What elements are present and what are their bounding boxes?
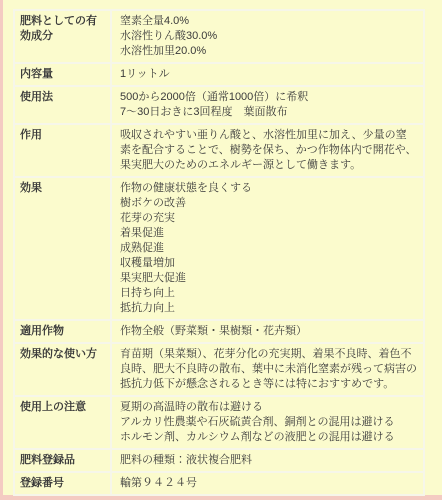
spec-value: 輸第９４２４号 bbox=[111, 472, 424, 495]
spec-row-active-ingredients: 肥料としての有効成分 窒素全量4.0% 水溶性りん酸30.0% 水溶性加里20.… bbox=[14, 10, 424, 63]
spec-row-precautions: 使用上の注意 夏期の高温時の散布は避ける アルカリ性農薬や石灰硫黄合剤、銅剤との… bbox=[14, 396, 424, 449]
spec-label: 作用 bbox=[14, 124, 111, 177]
spec-row-applicable-crops: 適用作物 作物全般（野菜類・果樹類・花卉類） bbox=[14, 320, 424, 343]
spec-row-effects: 効果 作物の健康状態を良くする 樹ボケの改善 花芽の充実 着果促進 成熟促進 収… bbox=[14, 177, 424, 320]
spec-label: 効果 bbox=[14, 177, 111, 320]
product-spec-table: 肥料としての有効成分 窒素全量4.0% 水溶性りん酸30.0% 水溶性加里20.… bbox=[13, 9, 425, 496]
spec-value: 夏期の高温時の散布は避ける アルカリ性農薬や石灰硫黄合剤、銅剤との混用は避ける … bbox=[111, 396, 424, 449]
spec-label: 内容量 bbox=[14, 63, 111, 86]
spec-label: 使用法 bbox=[14, 86, 111, 124]
spec-row-effective-use: 効果的な使い方 育苗期（果菜類）、花芽分化の充実期、着果不良時、着色不良時、肥大… bbox=[14, 343, 424, 396]
spec-row-volume: 内容量 1リットル bbox=[14, 63, 424, 86]
spec-row-action: 作用 吸収されやすい亜りん酸と、水溶性加里に加え、少量の窒素を配合することで、樹… bbox=[14, 124, 424, 177]
spec-value: 作物全般（野菜類・果樹類・花卉類） bbox=[111, 320, 424, 343]
spec-value: 1リットル bbox=[111, 63, 424, 86]
spec-row-registration-number: 登録番号 輸第９４２４号 bbox=[14, 472, 424, 495]
spec-label: 肥料登録品 bbox=[14, 449, 111, 472]
spec-row-usage: 使用法 500から2000倍（通常1000倍）に希釈 7～30日おきに3回程度 … bbox=[14, 86, 424, 124]
spec-value: 作物の健康状態を良くする 樹ボケの改善 花芽の充実 着果促進 成熟促進 収穫量増… bbox=[111, 177, 424, 320]
spec-value: 吸収されやすい亜りん酸と、水溶性加里に加え、少量の窒素を配合することで、樹勢を保… bbox=[111, 124, 424, 177]
spec-label: 効果的な使い方 bbox=[14, 343, 111, 396]
spec-value: 育苗期（果菜類）、花芽分化の充実期、着果不良時、着色不良時、肥大不良時の散布、葉… bbox=[111, 343, 424, 396]
product-spec-page: 肥料としての有効成分 窒素全量4.0% 水溶性りん酸30.0% 水溶性加里20.… bbox=[3, 0, 442, 495]
spec-value: 500から2000倍（通常1000倍）に希釈 7～30日おきに3回程度 葉面散布 bbox=[111, 86, 424, 124]
spec-label: 適用作物 bbox=[14, 320, 111, 343]
spec-label: 肥料としての有効成分 bbox=[14, 10, 111, 63]
spec-row-registered-product: 肥料登録品 肥料の種類：液状複合肥料 bbox=[14, 449, 424, 472]
spec-value: 窒素全量4.0% 水溶性りん酸30.0% 水溶性加里20.0% bbox=[111, 10, 424, 63]
spec-label: 登録番号 bbox=[14, 472, 111, 495]
spec-value: 肥料の種類：液状複合肥料 bbox=[111, 449, 424, 472]
spec-label: 使用上の注意 bbox=[14, 396, 111, 449]
